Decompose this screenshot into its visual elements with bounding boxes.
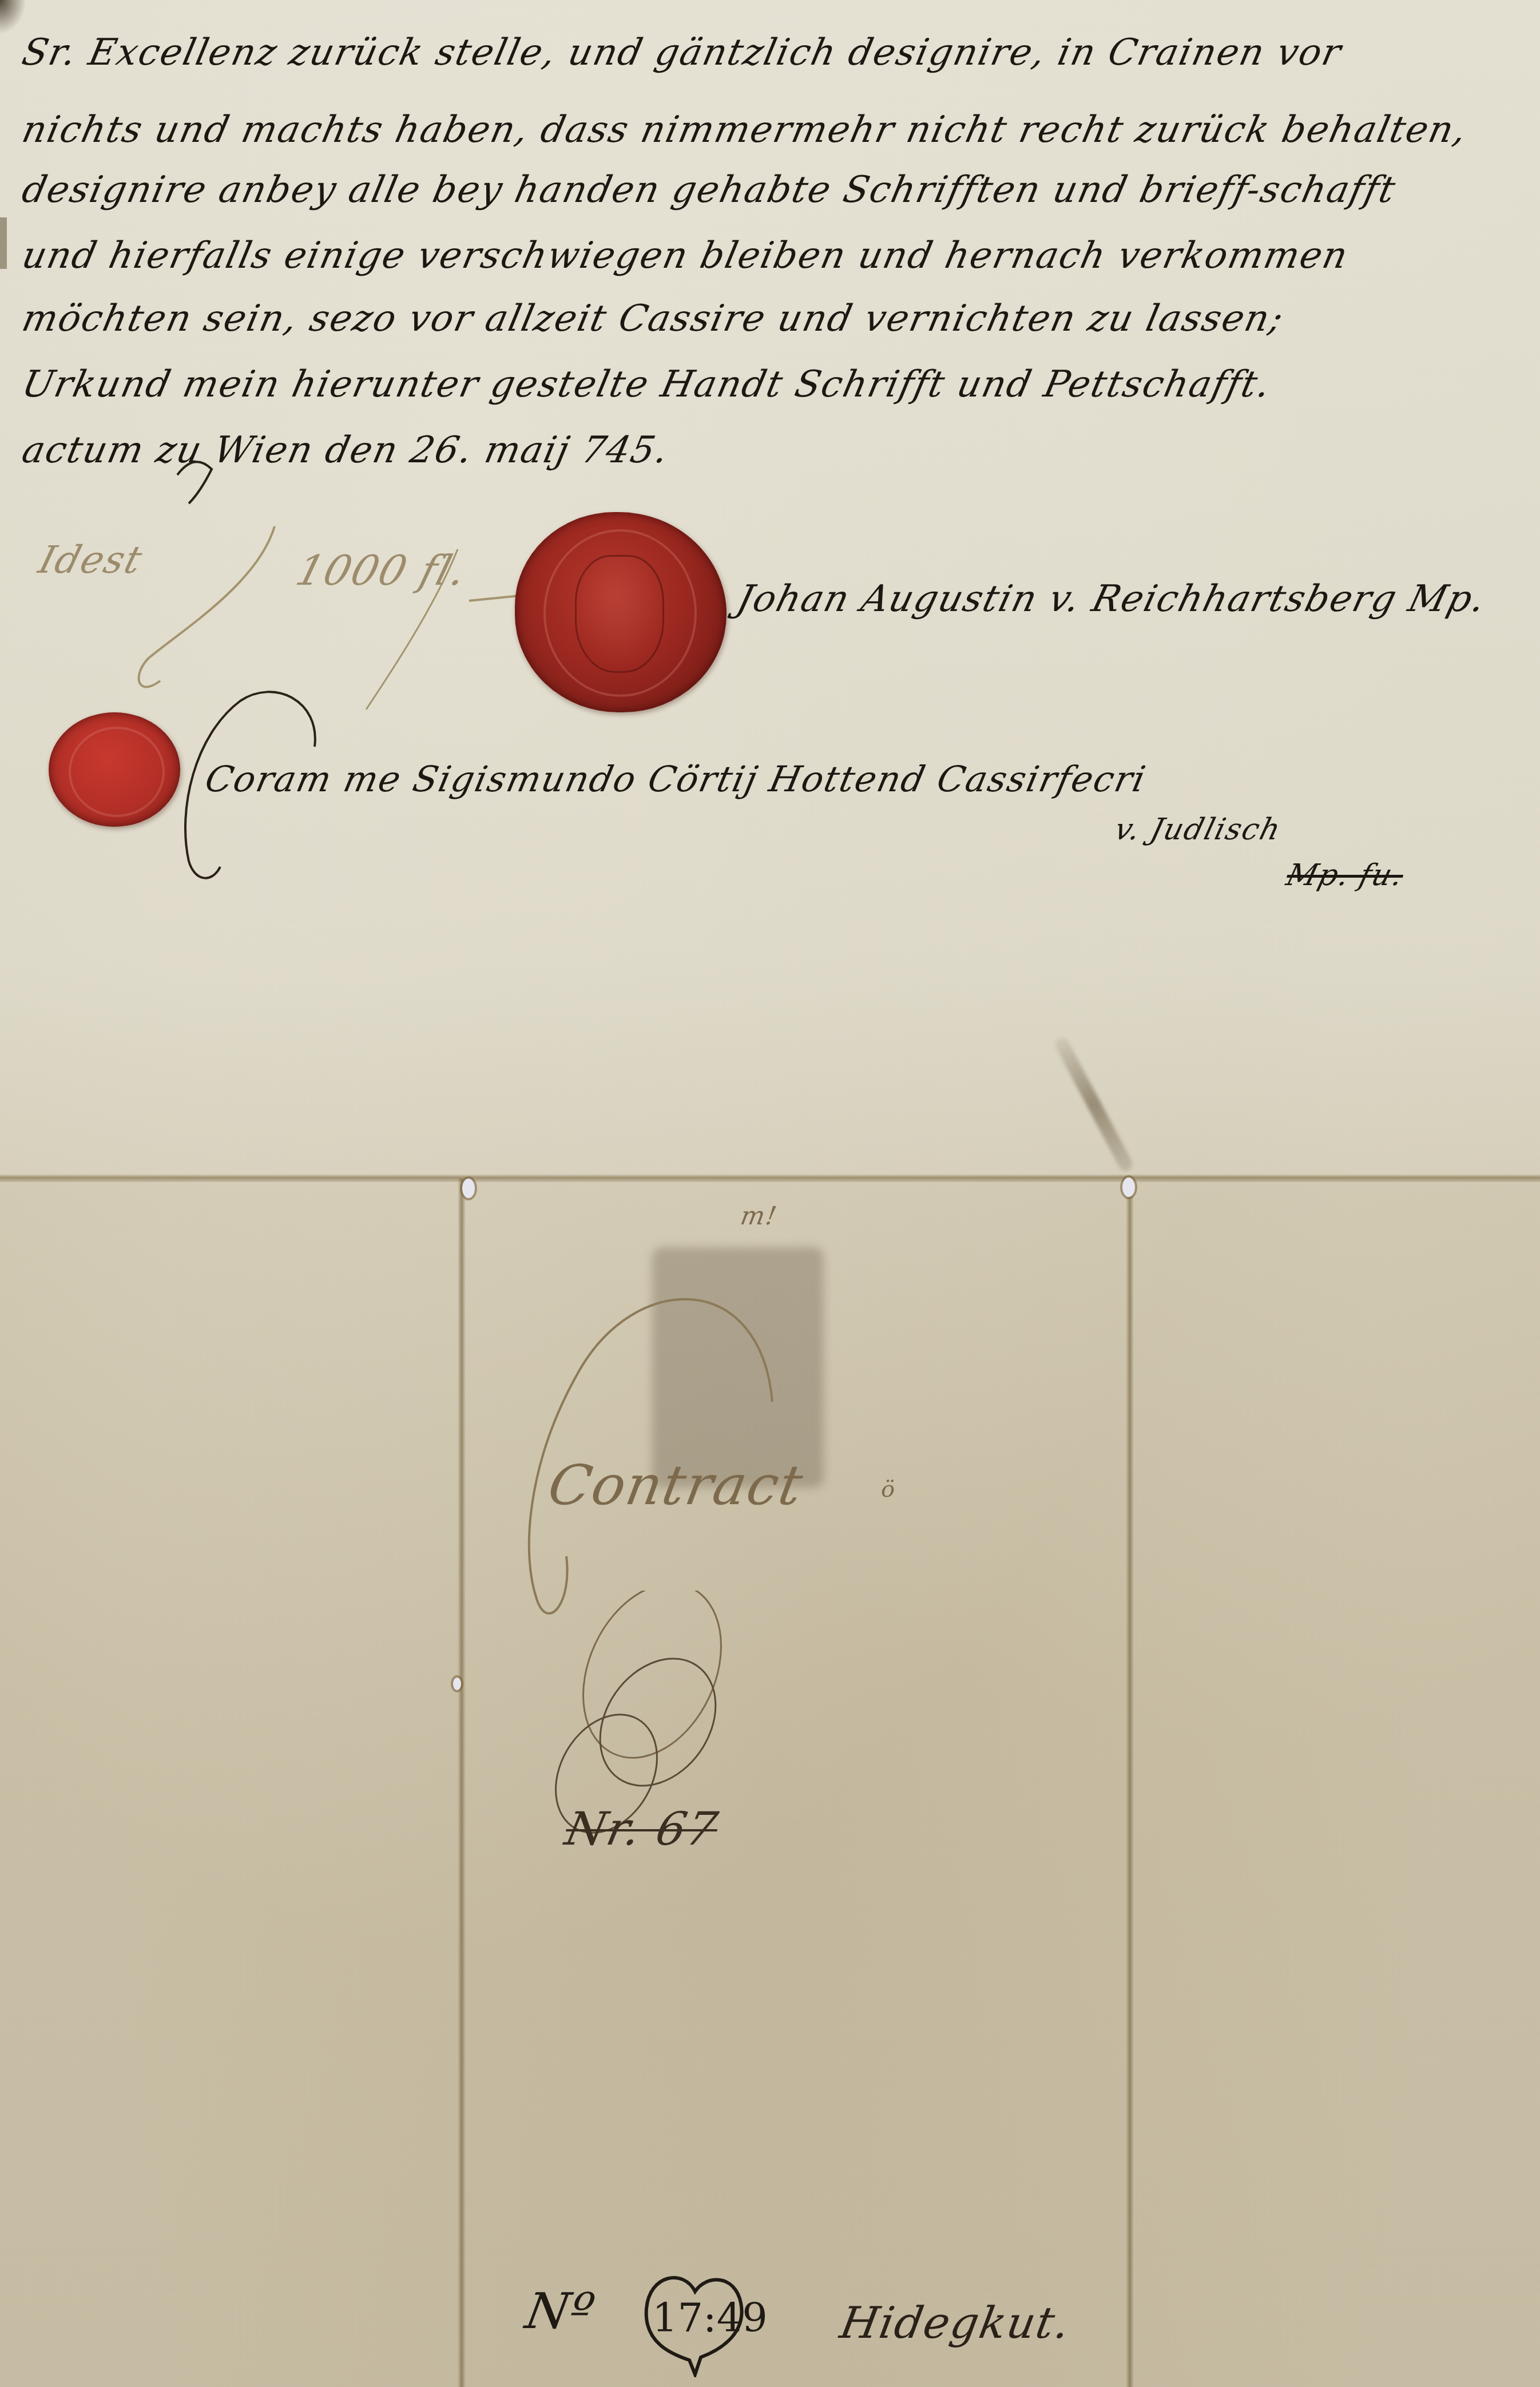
body-line-6: Urkund mein hierunter gestelte Handt Sch… <box>19 366 1274 403</box>
corner-stain <box>0 0 26 34</box>
body-line-1: Sr. Excellenz zurück stelle, und gäntzli… <box>19 34 1345 71</box>
verso-monogram: Nr. 67 <box>561 1802 723 1855</box>
date-flourish <box>172 435 412 521</box>
body-line-2: nichts und machts haben, dass nimmermehr… <box>19 112 1470 148</box>
body-line-5: möchten sein, sezo vor allzeit Cassire u… <box>19 300 1287 337</box>
archive-number: 17:49 <box>652 2294 768 2341</box>
verso-title: Contract <box>543 1453 808 1517</box>
body-line-4: und hierfalls einige verschwiegen bleibe… <box>19 237 1352 274</box>
vertical-fold-line-left <box>458 1179 466 2387</box>
small-wax-seal <box>49 712 180 827</box>
witness-sign-abbrev: Mp. fu. <box>1283 858 1408 893</box>
body-line-3: designire anbey alle bey handen gehabte … <box>19 172 1399 208</box>
witness-line-2: v. Judlisch <box>1112 812 1285 847</box>
seal-coat-of-arms-icon <box>575 555 664 673</box>
vertical-fold-line-right <box>1126 1179 1134 2387</box>
archive-no-prefix: Nº <box>521 2283 600 2340</box>
fold-hole-left <box>462 1179 475 1198</box>
horizontal-fold-line <box>0 1174 1540 1182</box>
fold-hole-right <box>1122 1177 1135 1197</box>
verso-title-tail: ö <box>881 1476 896 1502</box>
witness-line: Coram me Sigismundo Cörtij Hottend Cassi… <box>201 758 1150 800</box>
signature-reichhartsberg: Johan Augustin v. Reichhartsberg Mp. <box>733 578 1491 620</box>
fold-hole-lower <box>453 1678 461 1690</box>
manuscript-page: Sr. Excellenz zurück stelle, und gäntzli… <box>0 0 1540 2387</box>
edge-stain <box>0 217 7 269</box>
small-seal-ring <box>69 727 165 817</box>
large-wax-seal <box>515 512 727 712</box>
archive-place: Hidegkut. <box>836 2297 1074 2348</box>
verso-top-mark: m! <box>739 1202 780 1231</box>
